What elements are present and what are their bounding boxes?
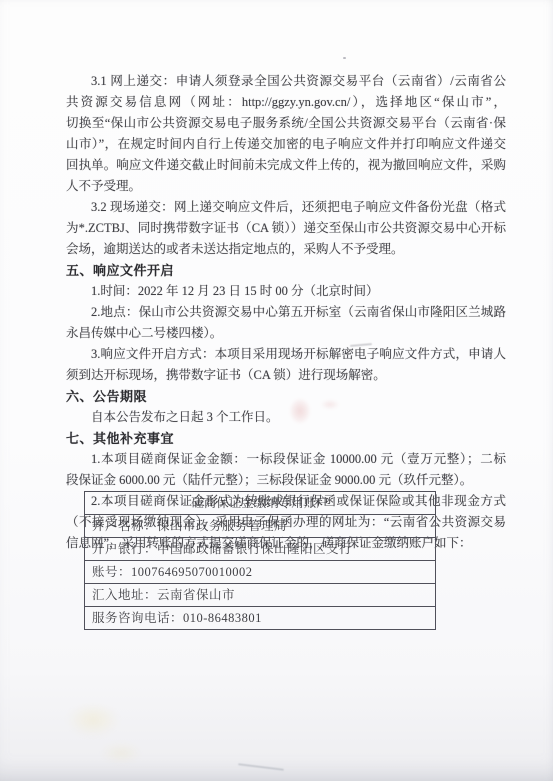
paragraph-line: 永昌传媒中心二号楼四楼）。 — [66, 323, 506, 344]
yellow-smudge-mark — [56, 696, 130, 744]
paragraph-line: 3.1 网上递交：申请人须登录全国公共资源交易平台（云南省）/云南省公 — [66, 71, 506, 92]
document-body: 3.1 网上递交：申请人须登录全国公共资源交易平台（云南省）/云南省公共资源交易… — [66, 71, 506, 554]
paragraph-line: 为*.ZCTBJ、同时携带数字证书（CA 锁））递交至保山市公共资源交易中心开标 — [66, 218, 506, 239]
paragraph-line: 回执单。响应文件递交截止时间前未完成文件上传的，视为撤回响应文件，采购 — [66, 155, 506, 176]
paragraph-line: 3.响应文件开启方式：本项目采用现场开标解密电子响应文件方式，申请人 — [66, 344, 506, 365]
table-row-account-number: 账号：100764695070010002 — [85, 560, 435, 583]
dust-speck — [343, 57, 346, 59]
faded-red-stamp-mark — [286, 394, 314, 428]
section-heading: 七、其他补充事宜 — [66, 428, 506, 449]
section-heading: 五、响应文件开启 — [66, 260, 506, 281]
scanned-page-background: 3.1 网上递交：申请人须登录全国公共资源交易平台（云南省）/云南省公共资源交易… — [0, 0, 553, 781]
paragraph-line: 1.时间：2022 年 12 月 23 日 15 时 00 分（北京时间） — [66, 281, 506, 302]
paragraph-line: 山市）”，在规定时间内自行上传递交加密的电子响应文件并打印响应文件递交 — [66, 134, 506, 155]
paragraph-line: 段保证金 6000.00 元（陆仟元整）；三标段保证金 9000.00 元（玖仟… — [66, 470, 506, 491]
table-row-bank: 开户银行：中国邮政储蓄银行保山隆阳区支行 — [85, 537, 435, 560]
paragraph-line: 须到达开标现场，携带数字证书（CA 锁）进行现场解密。 — [66, 365, 506, 386]
yellow-smudge-mark — [92, 738, 150, 768]
paragraph-line: 2.地点：保山市公共资源交易中心第五开标室（云南省保山市隆阳区兰城路 — [66, 302, 506, 323]
paragraph-line: 人不予受理。 — [66, 176, 506, 197]
faded-red-stamp-mark — [317, 398, 343, 411]
table-row-service-phone: 服务咨询电话：010-86483801 — [85, 606, 435, 629]
paragraph-line: 会场，逾期送达的或者未送达指定地点的，采购人不予受理。 — [66, 239, 506, 260]
table-row-account-name: 开户名称：保山市政务服务管理局 — [85, 514, 435, 537]
paragraph-line: 切换至“保山市公共资源交易电子服务系统/全国公共资源交易平台（云南省·保 — [66, 113, 506, 134]
gray-streak-mark — [238, 763, 284, 771]
table-title: 磋商保证金缴纳专用账户 — [85, 492, 435, 514]
paragraph-line: 1.本项目磋商保证金金额：一标段保证金 10000.00 元（壹万元整）；二标 — [66, 449, 506, 470]
table-row-remit-address: 汇入地址：云南省保山市 — [85, 583, 435, 606]
deposit-account-table: 磋商保证金缴纳专用账户 开户名称：保山市政务服务管理局 开户银行：中国邮政储蓄银… — [84, 491, 436, 630]
paragraph-line: 3.2 现场递交：网上递交响应文件后，还须把电子响应文件备份光盘（格式 — [66, 197, 506, 218]
paragraph-line: 共资源交易信息网（网址：http://ggzy.yn.gov.cn/），选择地区… — [66, 92, 506, 113]
